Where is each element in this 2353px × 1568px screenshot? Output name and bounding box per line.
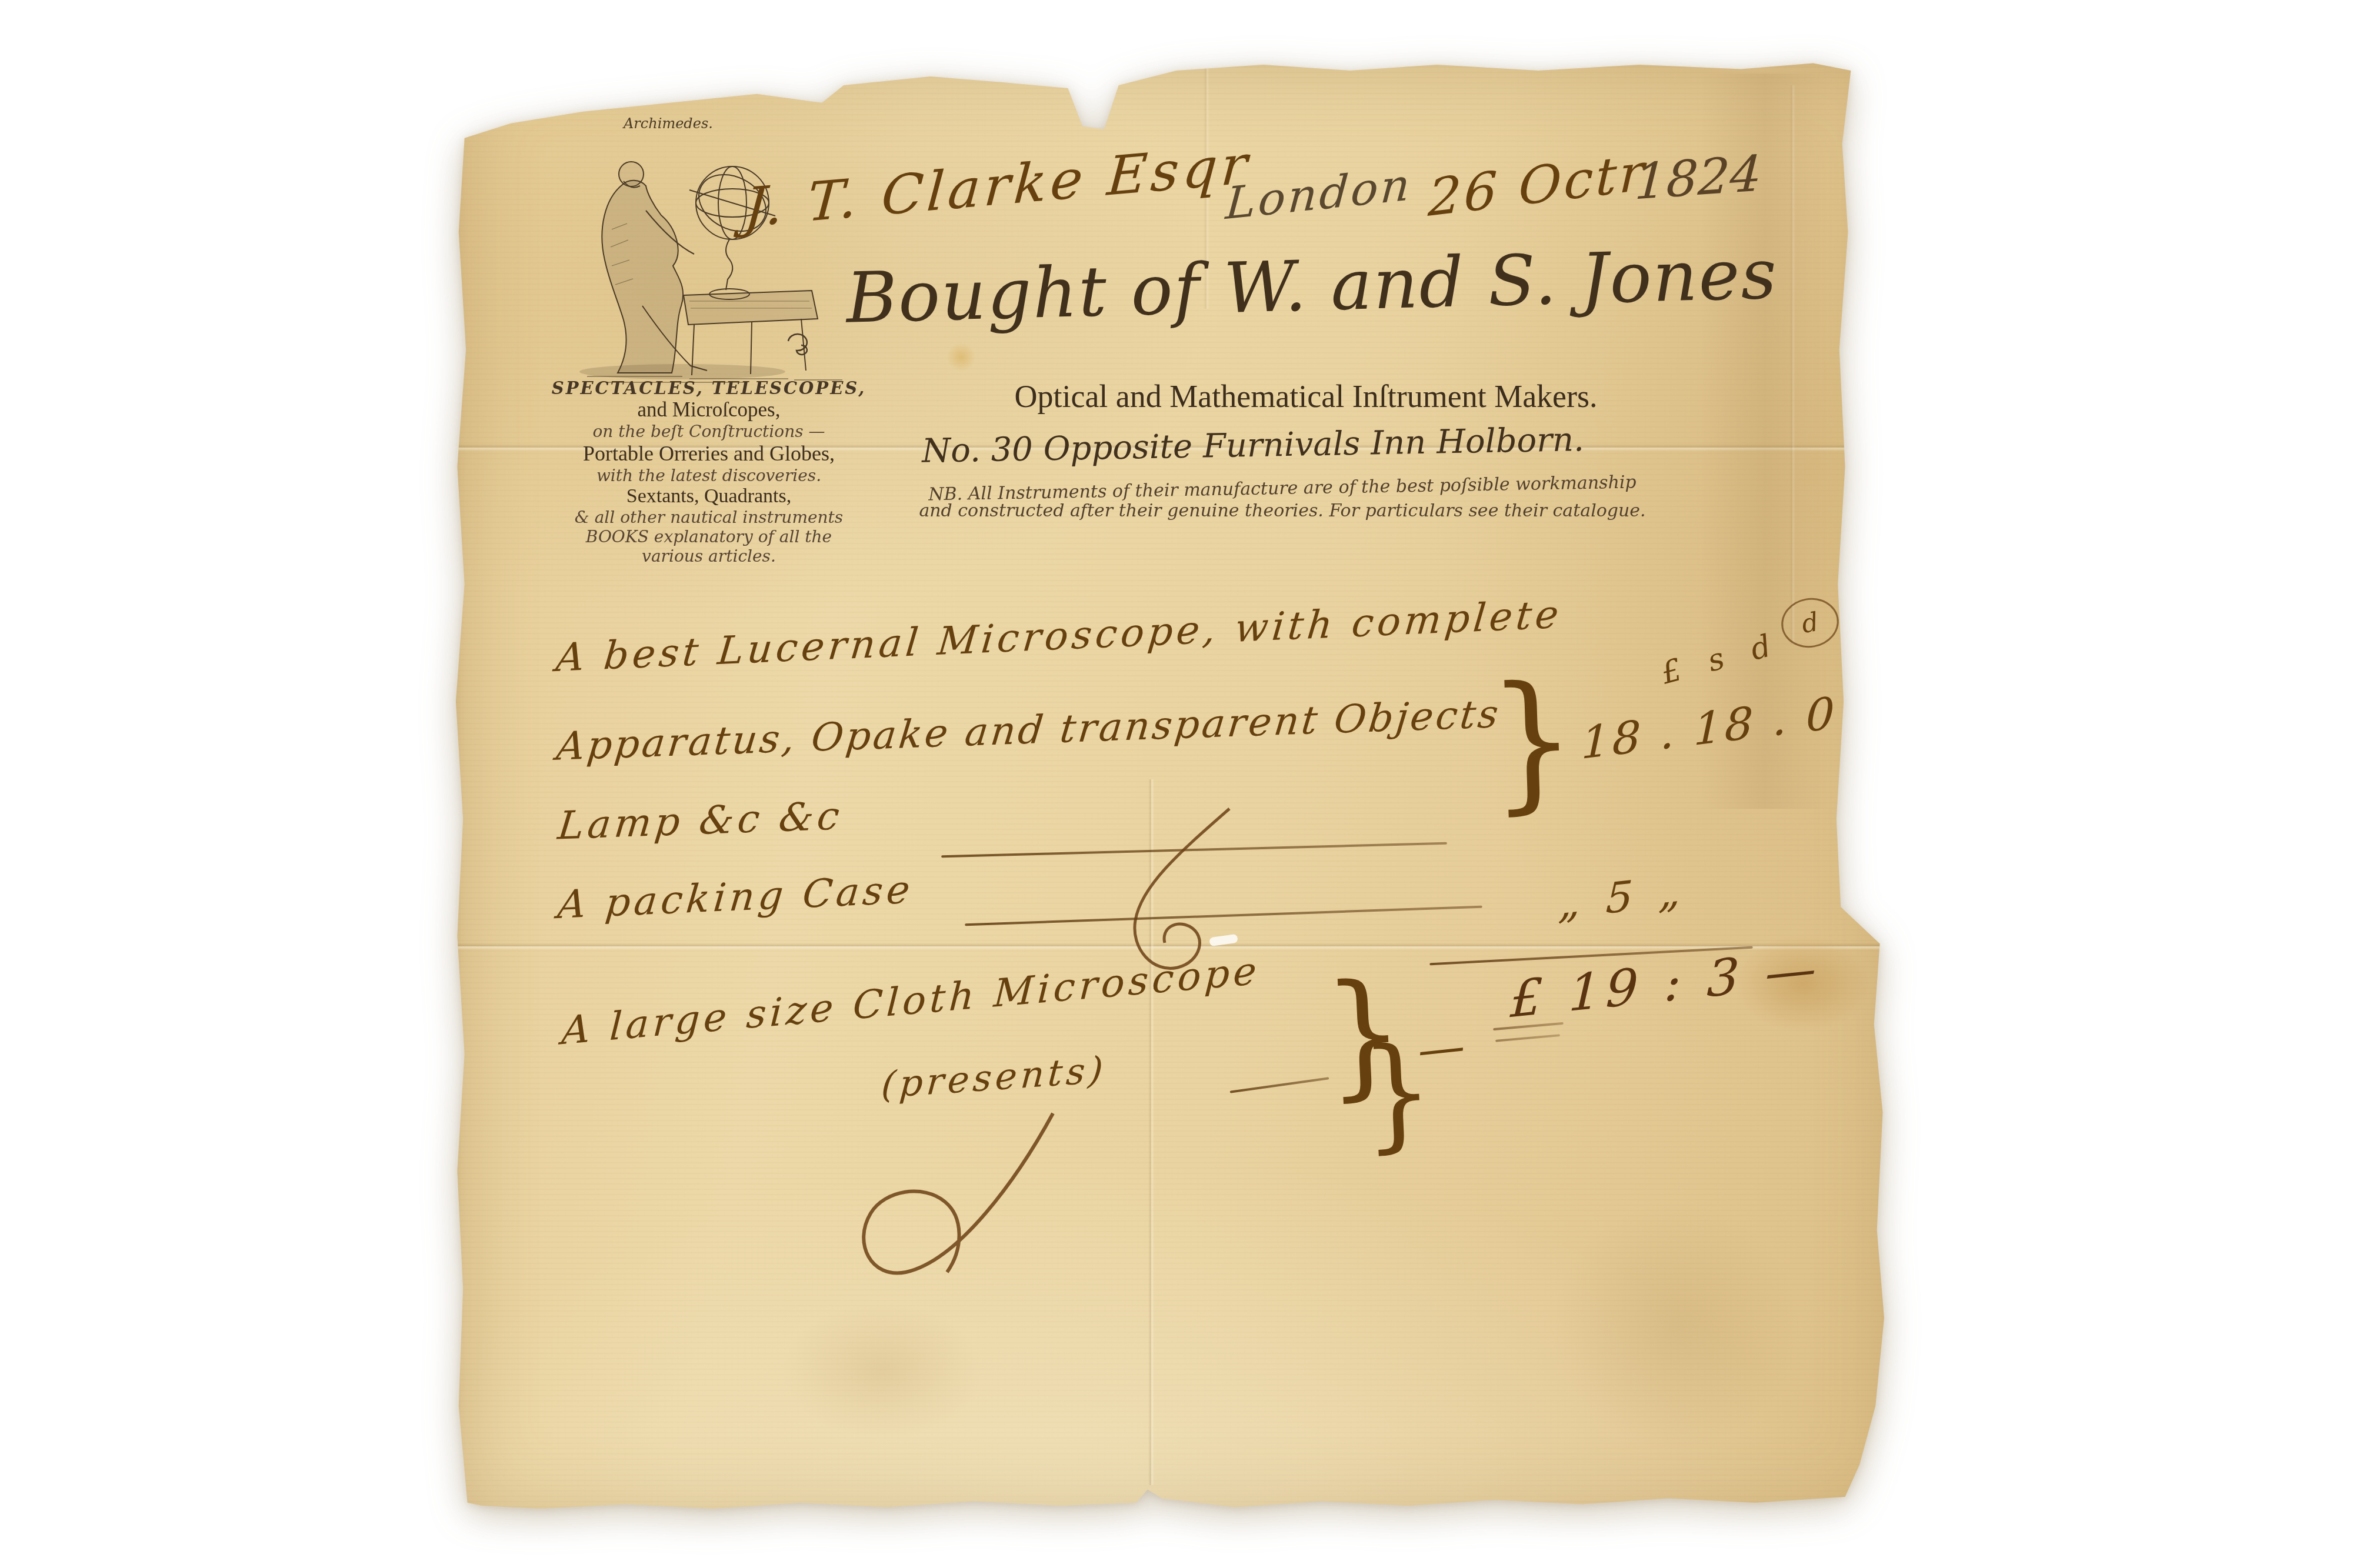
item-2-line-1: A packing Case <box>556 867 915 928</box>
item-3-amount: — <box>1415 1018 1467 1077</box>
item-2-amount: „ 5 „ <box>1558 866 1688 928</box>
item-1-brace: } <box>1487 653 1578 829</box>
vignette-caption: Archimedes. <box>622 115 713 132</box>
left-column-line: and Microſcopes, <box>506 398 912 422</box>
circled-d-text: d <box>1799 606 1821 639</box>
bought-of-title: Bought of W. and S. Jones <box>782 231 1842 340</box>
place-london: London <box>1224 158 1414 229</box>
invoice-paper: Archimedes. <box>453 56 1900 1523</box>
nb-line-2: and constructed after their genuine theo… <box>841 501 1724 521</box>
trade-line: Optical and Mathematical Inſtrument Make… <box>865 378 1747 415</box>
item-1-line-3: Lamp &c &c <box>556 793 845 849</box>
ink-dash-rule <box>1230 1077 1329 1093</box>
paper-surface: Archimedes. <box>453 56 1900 1523</box>
item-1-line-2: Apparatus, Opake and transparent Objects <box>555 691 1503 769</box>
address-line: No. 30 Opposite Furnivals Inn Holborn. <box>829 419 1677 472</box>
left-column-line: BOOKS explanatory of all the <box>506 527 912 546</box>
stain-bottom-left <box>782 1303 982 1438</box>
seated-figure <box>602 162 707 373</box>
archimedes-vignette: Archimedes. <box>535 112 865 388</box>
left-column-line: SPECTACLES, TELESCOPES, <box>506 378 912 398</box>
left-column: SPECTACLES, TELESCOPES, and Microſcopes,… <box>506 378 912 566</box>
handwritten-date: 26 Octr <box>1427 142 1648 228</box>
stain-bottom-right <box>1553 1203 1800 1450</box>
total-underline-2 <box>1495 1034 1560 1042</box>
ink-flourish-loop <box>806 1096 1076 1296</box>
photo-background: Archimedes. <box>0 0 2353 1568</box>
item-3-line-1: A large size Cloth Microscope <box>561 948 1261 1053</box>
year: 1824 <box>1634 145 1763 211</box>
item-1-line-1: A best Lucernal Microscope, with complet… <box>554 592 1564 680</box>
stain-small-center <box>947 343 975 371</box>
left-column-line: various articles. <box>506 546 912 566</box>
